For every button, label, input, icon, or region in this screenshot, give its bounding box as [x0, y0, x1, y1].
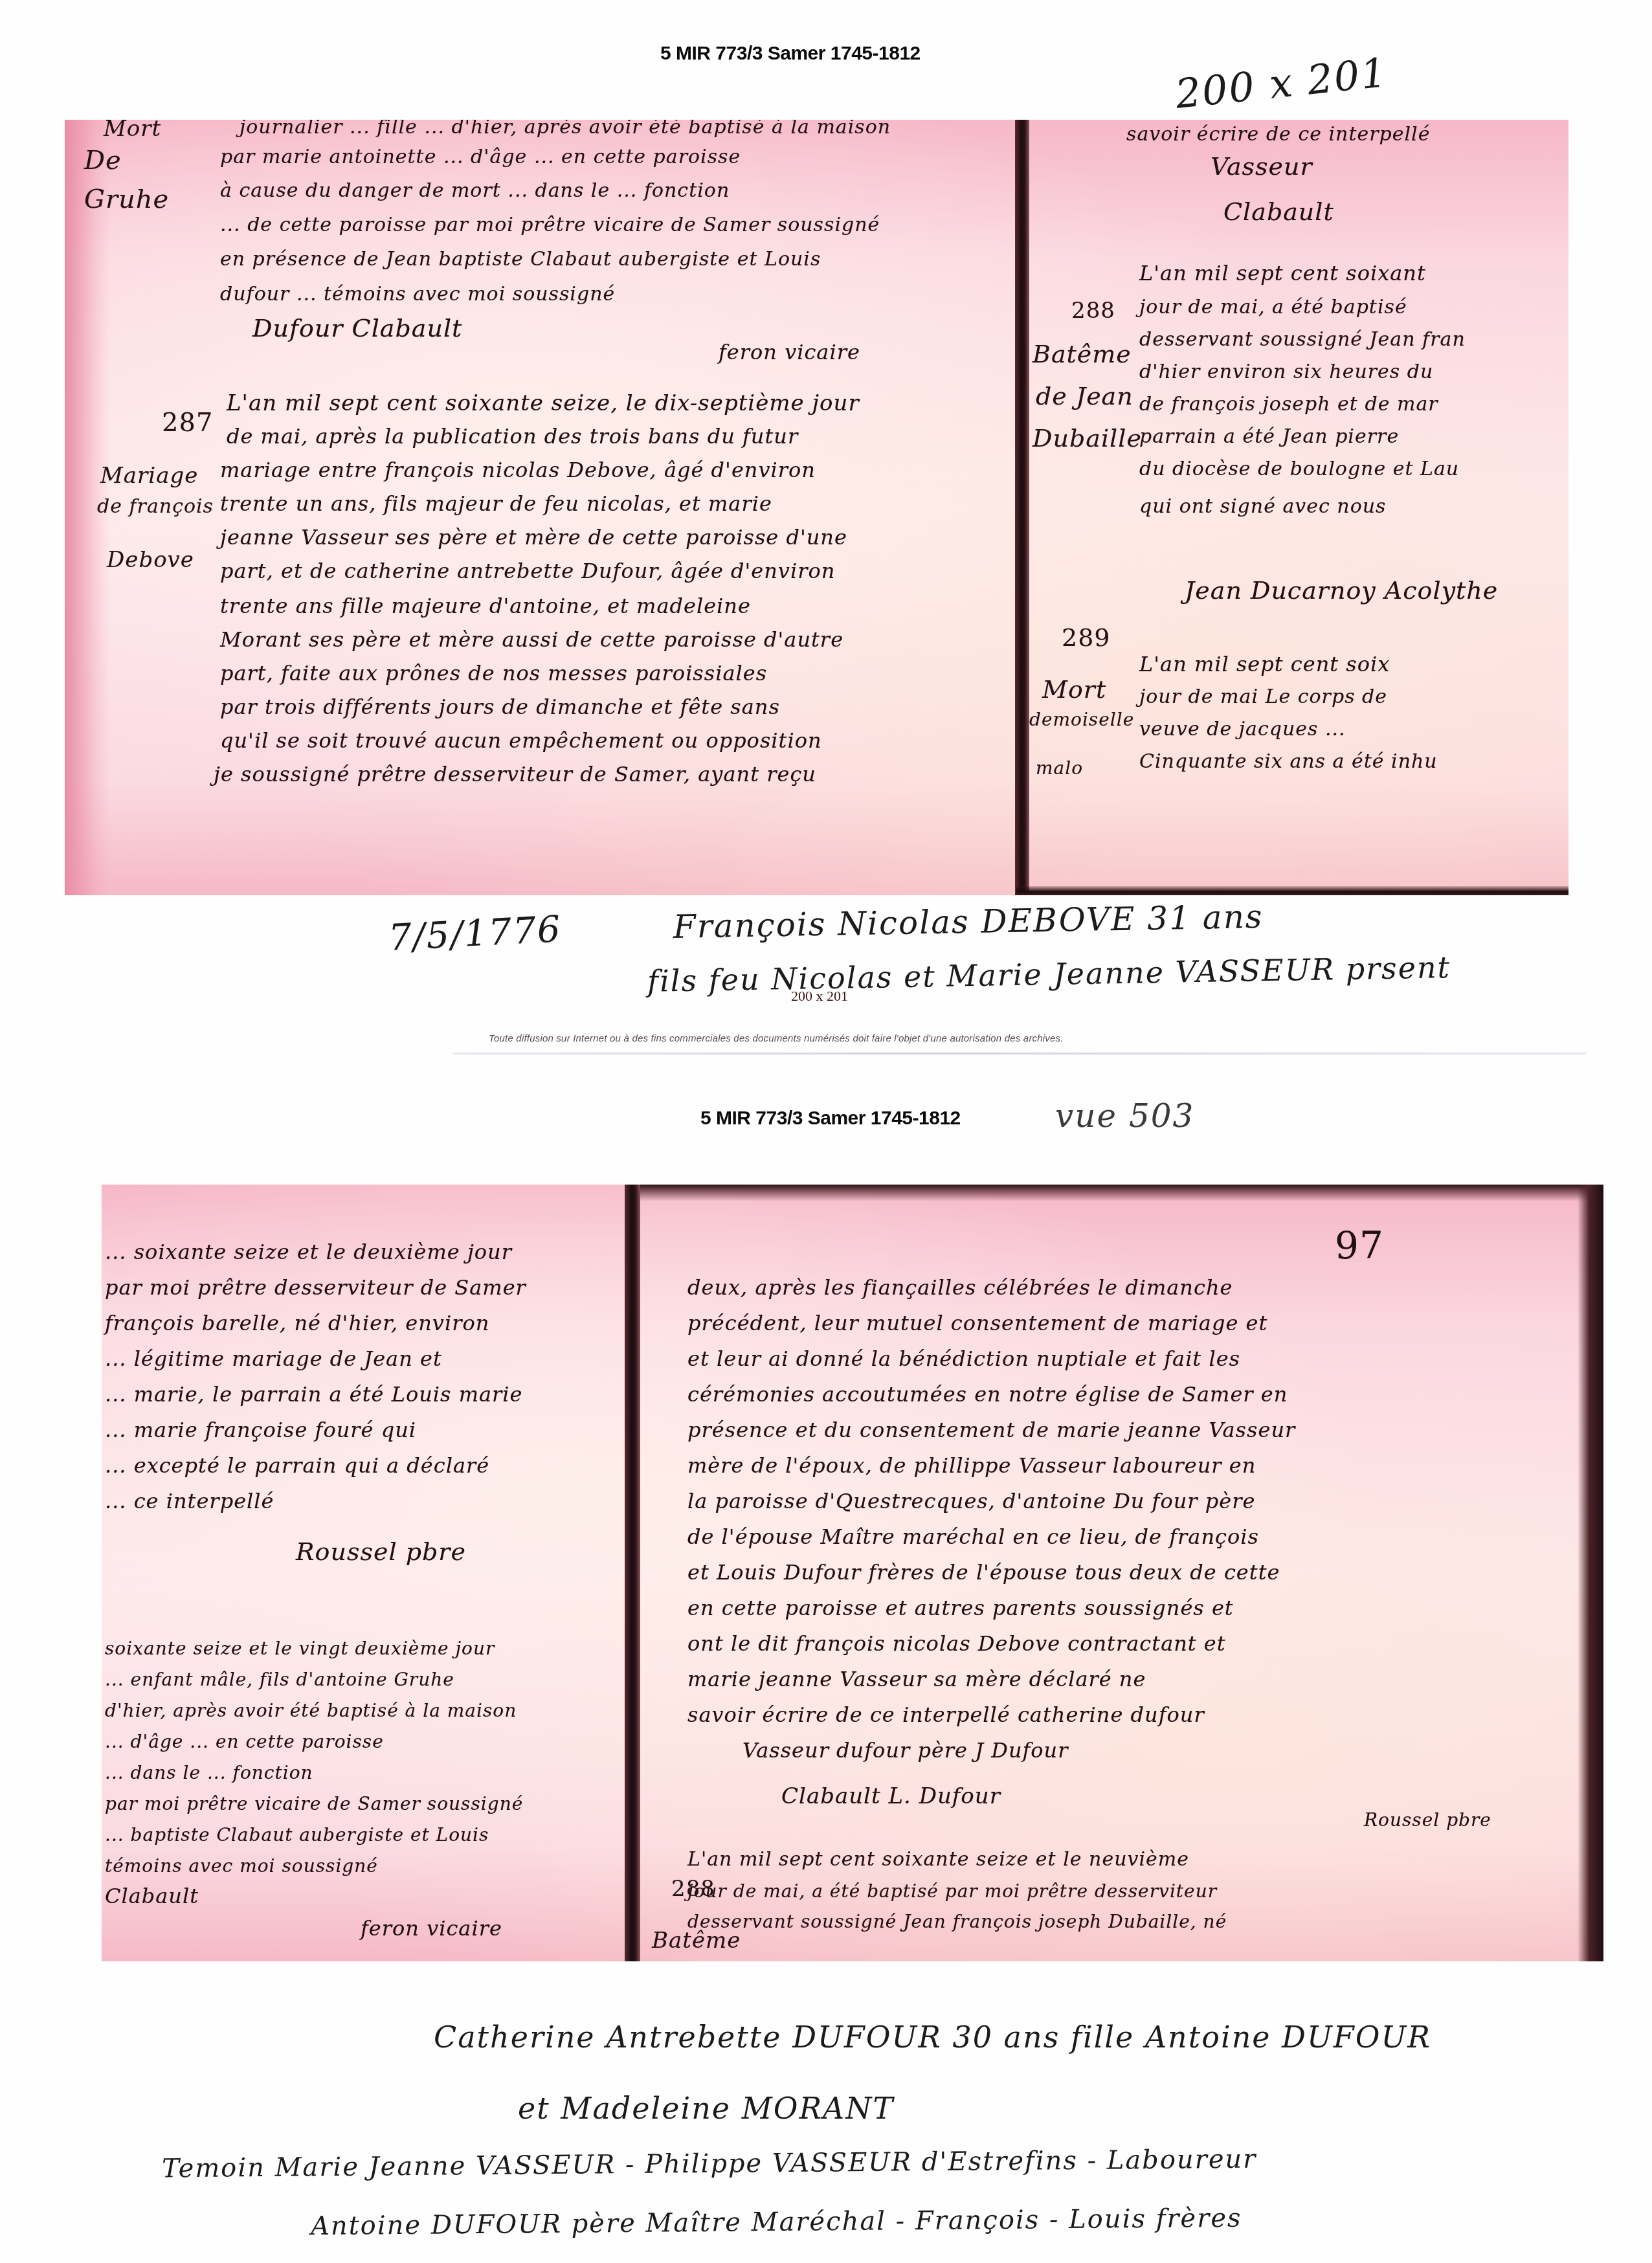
manuscript-line: parrain a été Jean pierre — [1139, 425, 1399, 448]
manuscript-line: jour de mai, a été baptisé par moi prêtr… — [687, 1880, 1217, 1902]
manuscript-line: L'an mil sept cent soixante seize et le … — [687, 1848, 1189, 1871]
signature: feron vicaire — [361, 1916, 502, 1941]
transcription-witnesses-line: Temoin Marie Jeanne VASSEUR - Philippe V… — [162, 2145, 1257, 2184]
top-archive-header: 5 MIR 773/3 Samer 1745-1812 — [660, 43, 921, 65]
top-annotation-view-number: 200 x 201 — [1173, 49, 1390, 118]
margin-note: De — [84, 146, 122, 175]
transcription-bride-mother-line: et Madeleine MORANT — [518, 2091, 894, 2126]
view-size-stamp: 200 x 201 — [791, 988, 848, 1005]
margin-note: Batême — [1032, 340, 1132, 368]
copyright-notice: Toute diffusion sur Internet ou à des fi… — [489, 1033, 1064, 1044]
book-gutter — [1015, 120, 1029, 895]
manuscript-line: d'hier, après avoir été baptisé à la mai… — [105, 1700, 517, 1721]
manuscript-line: Cinquante six ans a été inhu — [1139, 750, 1438, 773]
signature: Dufour Clabault — [252, 314, 462, 342]
manuscript-line: part, et de catherine antrebette Dufour,… — [220, 559, 835, 583]
manuscript-line: en cette paroisse et autres parents sous… — [687, 1596, 1234, 1620]
manuscript-line: ... d'âge ... en cette paroisse — [105, 1731, 384, 1752]
manuscript-line: témoins avec moi soussigné — [105, 1855, 378, 1877]
margin-note: Batême — [652, 1928, 741, 1954]
signature: Roussel pbre — [1364, 1809, 1491, 1831]
manuscript-line: ... marie françoise fouré qui — [105, 1418, 416, 1442]
manuscript-line: en présence de Jean baptiste Clabaut aub… — [220, 248, 821, 271]
manuscript-line: d'hier environ six heures du — [1139, 361, 1433, 383]
manuscript-line: L'an mil sept cent soix — [1139, 652, 1390, 676]
manuscript-line: marie jeanne Vasseur sa mère déclaré ne — [687, 1667, 1146, 1691]
manuscript-line: journalier ... fille ... d'hier, après a… — [240, 120, 891, 139]
signature: Clabault — [105, 1884, 199, 1908]
manuscript-line: part, faite aux prônes de nos messes par… — [220, 661, 767, 686]
manuscript-line: la paroisse d'Questrecques, d'antoine Du… — [687, 1489, 1255, 1513]
entry-number: 289 — [1062, 623, 1111, 652]
signature: Roussel pbre — [296, 1537, 466, 1566]
manuscript-line: deux, après les fiançailles célébrées le… — [687, 1275, 1233, 1300]
manuscript-line: ... légitime mariage de Jean et — [105, 1346, 442, 1371]
manuscript-line: L'an mil sept cent soixant — [1139, 261, 1426, 285]
signature: Clabault — [1223, 197, 1334, 226]
manuscript-line: jeanne Vasseur ses père et mère de cette… — [220, 525, 847, 550]
manuscript-line: par trois différents jours de dimanche e… — [220, 695, 780, 719]
margin-note: Debove — [107, 547, 194, 573]
signature: feron vicaire — [719, 340, 860, 364]
margin-note: Gruhe — [84, 184, 169, 214]
page-right-edge — [1578, 1185, 1603, 1961]
manuscript-line: ont le dit françois nicolas Debove contr… — [687, 1631, 1226, 1656]
margin-note: Dubaille — [1032, 424, 1142, 452]
manuscript-line: trente un ans, fils majeur de feu nicola… — [220, 491, 772, 516]
manuscript-line: savoir écrire de ce interpellé — [1126, 123, 1430, 146]
manuscript-line: L'an mil sept cent soixante seize, le di… — [227, 390, 860, 416]
transcription-witnesses-line-2: Antoine DUFOUR père Maître Maréchal - Fr… — [311, 2203, 1242, 2242]
manuscript-line: desservant soussigné Jean françois josep… — [687, 1911, 1227, 1932]
manuscript-line: ... soixante seize et le deuxième jour — [105, 1240, 512, 1264]
manuscript-line: qu'il se soit trouvé aucun empêchement o… — [220, 728, 822, 753]
manuscript-line: cérémonies accoutumées en notre église d… — [687, 1382, 1288, 1407]
bottom-annotation-view: vue 503 — [1055, 1097, 1194, 1135]
book-gutter — [625, 1185, 640, 1961]
margin-note: demoiselle — [1029, 709, 1134, 730]
manuscript-line: de françois joseph et de mar — [1139, 393, 1438, 416]
manuscript-line: précédent, leur mutuel consentement de m… — [687, 1311, 1267, 1335]
signature: Jean Ducarnoy Acolythe — [1185, 576, 1498, 605]
manuscript-line: par marie antoinette ... d'âge ... en ce… — [220, 146, 741, 168]
margin-note: malo — [1036, 757, 1083, 779]
margin-note: Mort — [1042, 675, 1106, 704]
entry-number: 288 — [1071, 298, 1115, 324]
manuscript-line: savoir écrire de ce interpellé catherine… — [687, 1702, 1205, 1727]
manuscript-line: mère de l'époux, de phillippe Vasseur la… — [687, 1453, 1256, 1478]
entry-number: 287 — [162, 408, 213, 438]
manuscript-line: ... excepté le parrain qui a déclaré — [105, 1453, 489, 1478]
manuscript-line: ... enfant mâle, fils d'antoine Gruhe — [105, 1669, 454, 1690]
manuscript-line: présence et du consentement de marie jea… — [687, 1418, 1295, 1442]
manuscript-line: ... dans le ... fonction — [105, 1762, 313, 1783]
top-register-scan: Mort De Gruhe 287 Mariage de françois De… — [65, 120, 1568, 895]
manuscript-line: veuve de jacques ... — [1139, 718, 1346, 741]
manuscript-line: de mai, après la publication des trois b… — [227, 424, 798, 449]
manuscript-line: desservant soussigné Jean fran — [1139, 328, 1466, 351]
manuscript-line: trente ans fille majeure d'antoine, et m… — [220, 594, 751, 618]
manuscript-line: je soussigné prêtre desserviteur de Same… — [214, 762, 816, 786]
manuscript-line: jour de mai Le corps de — [1139, 686, 1387, 708]
manuscript-line: mariage entre françois nicolas Debove, â… — [220, 458, 816, 482]
manuscript-line: à cause du danger de mort ... dans le ..… — [220, 179, 730, 202]
margin-note: de Jean — [1036, 382, 1133, 410]
manuscript-line: dufour ... témoins avec moi soussigné — [220, 283, 615, 306]
bottom-archive-header: 5 MIR 773/3 Samer 1745-1812 — [700, 1108, 961, 1130]
transcription-groom-line: François Nicolas DEBOVE 31 ans — [673, 898, 1264, 946]
entry-number: 288 — [671, 1876, 715, 1902]
manuscript-line: par moi prêtre desserviteur de Samer — [105, 1275, 526, 1300]
page-top-edge — [632, 1185, 1603, 1201]
manuscript-line: Morant ses père et mère aussi de cette p… — [220, 627, 843, 652]
manuscript-line: jour de mai, a été baptisé — [1139, 296, 1407, 318]
manuscript-line: ... marie, le parrain a été Louis marie — [105, 1382, 523, 1407]
manuscript-line: et Louis Dufour frères de l'épouse tous … — [687, 1560, 1280, 1585]
margin-note: Mariage — [100, 463, 198, 489]
manuscript-line: soixante seize et le vingt deuxième jour — [105, 1638, 495, 1659]
manuscript-line: françois barelle, né d'hier, environ — [105, 1311, 489, 1335]
transcription-parents-line: fils feu Nicolas et Marie Jeanne VASSEUR… — [647, 950, 1451, 999]
folio-number: 97 — [1335, 1223, 1384, 1267]
manuscript-line: du diocèse de boulogne et Lau — [1139, 458, 1459, 480]
page-bottom-edge — [1016, 886, 1568, 895]
manuscript-line: ... de cette paroisse par moi prêtre vic… — [220, 214, 880, 236]
signatures-line: Clabault L. Dufour — [781, 1783, 1001, 1809]
manuscript-line: et leur ai donné la bénédiction nuptiale… — [687, 1346, 1240, 1371]
transcription-bride-line: Catherine Antrebette DUFOUR 30 ans fille… — [434, 2020, 1431, 2055]
manuscript-line: ... ce interpellé — [105, 1489, 274, 1513]
margin-note: Mort — [104, 120, 161, 142]
bottom-register-scan: ... soixante seize et le deuxième jour p… — [102, 1185, 1603, 1961]
transcription-date: 7/5/1776 — [387, 908, 563, 959]
signatures-line: Vasseur dufour père J Dufour — [742, 1738, 1069, 1763]
manuscript-line: ... baptiste Clabaut aubergiste et Louis — [105, 1824, 489, 1845]
section-divider — [453, 1053, 1586, 1054]
manuscript-line: de l'épouse Maître maréchal en ce lieu, … — [687, 1524, 1259, 1549]
margin-note: de françois — [97, 495, 214, 518]
manuscript-line: qui ont signé avec nous — [1139, 495, 1386, 518]
manuscript-line: par moi prêtre vicaire de Samer soussign… — [105, 1793, 523, 1814]
signature: Vasseur — [1211, 152, 1313, 181]
